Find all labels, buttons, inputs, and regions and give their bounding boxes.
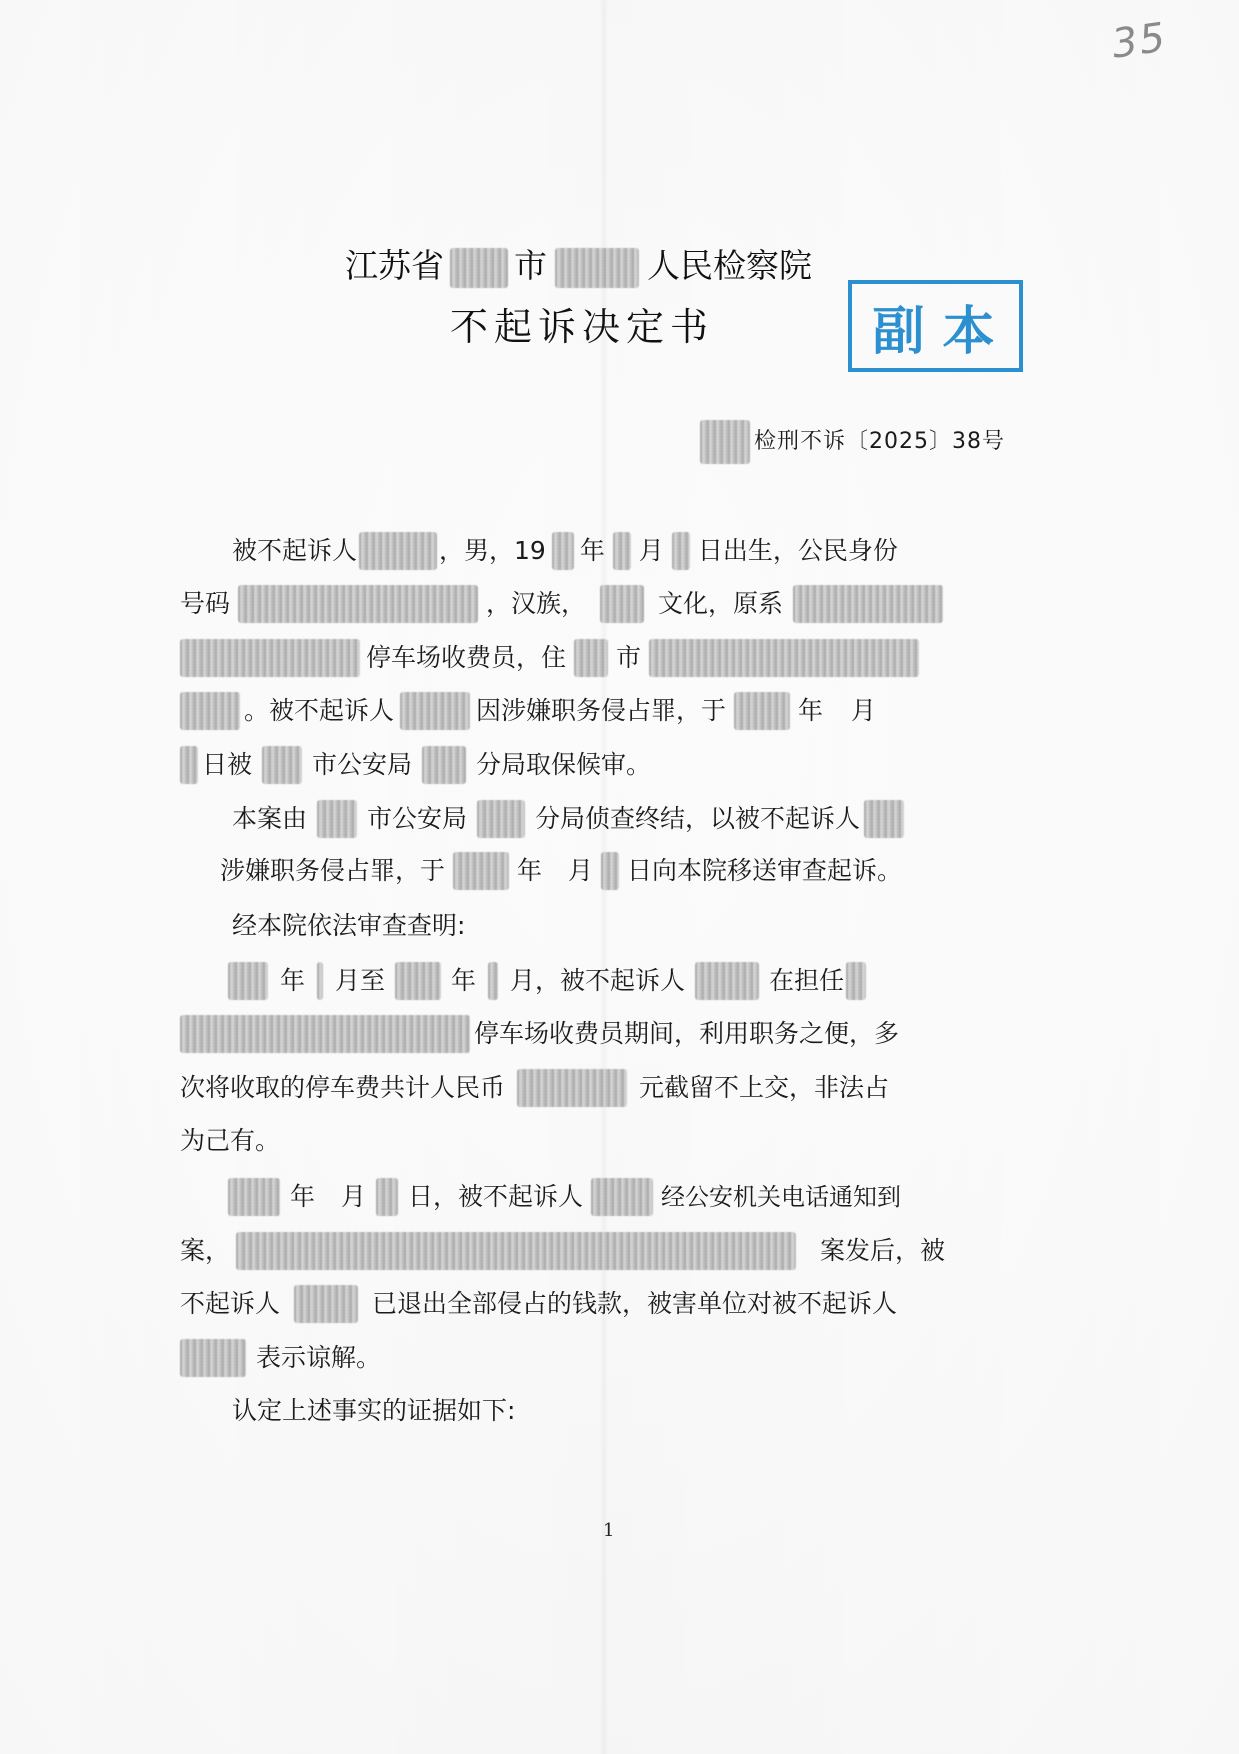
document-number: 检刑不诉〔2025〕38号 [700,420,1005,464]
redacted-name [695,962,759,1000]
redacted-day [601,852,619,890]
redacted-end-year [395,962,441,1000]
handwritten-page-mark: 35 [1109,14,1170,67]
document-title: 不起诉决定书 [450,296,714,351]
text: 分局取保候审。 [476,750,651,779]
body-line-10: 停车场收费员期间，利用职务之便，多 [180,1013,1030,1053]
body-line-2: 号码，汉族，文化，原系 [180,583,1030,623]
city-suffix: 市 [514,246,547,285]
body-line-5: 日被市公安局分局取保候审。 [180,744,1030,784]
body-line-4: 。被不起诉人因涉嫌职务侵占罪，于年月 [180,690,1030,730]
redacted-birth-month [613,532,631,570]
redacted-district [422,746,466,784]
body-line-6: 本案由市公安局分局侦查终结，以被不起诉人 [180,798,1030,838]
body-line-12: 为己有。 [180,1120,1030,1160]
body-line-7: 涉嫌职务侵占罪，于年月日向本院移送审查起诉。 [180,850,1030,890]
redacted-start-month [317,962,323,1000]
redacted-year [228,1178,280,1216]
text: 年 [517,856,542,885]
copy-stamp-label: 副本 [872,289,1012,364]
body-line-8: 经本院依法审查查明: [180,905,1030,945]
text: 经本院依法审查查明: [232,911,465,940]
text: 日向本院移送审查起诉。 [627,856,902,885]
text: 因涉嫌职务侵占罪，于 [476,696,726,725]
body-line-3: 停车场收费员，住市 [180,637,1030,677]
redacted-address [649,639,919,677]
text: 年 [451,966,476,995]
page-number: 1 [603,1520,614,1541]
redacted-residence-city [574,639,608,677]
text: 为己有。 [180,1126,280,1155]
text: 月 [639,536,664,565]
text: 月 [341,1182,366,1211]
text: 停车场收费员期间，利用职务之便，多 [474,1019,899,1048]
redacted-amount [517,1069,627,1107]
text: ，汉族， [486,589,586,618]
redacted-employer [793,585,943,623]
redacted-name [180,1339,246,1377]
redacted-year [734,692,790,730]
text: 表示谅解。 [256,1343,381,1372]
redacted-year [453,852,509,890]
redacted-address-cont [180,692,240,730]
redacted-start-year [228,962,268,1000]
text: 年 [290,1182,315,1211]
text: 案发后，被 [820,1236,945,1265]
redacted-day [376,1178,398,1216]
body-line-16: 表示谅解。 [180,1337,1030,1377]
redacted-employer-cont [180,1015,470,1053]
redacted-education [600,585,644,623]
text: 年 [580,536,605,565]
redacted-birth-year [552,532,574,570]
redacted-birth-day [672,532,690,570]
redacted-name [400,692,470,730]
copy-stamp: 副本 [848,280,1023,372]
text: 被不起诉人 [232,536,357,565]
body-line-15: 不起诉人已退出全部侵占的钱款，被害单位对被不起诉人 [180,1283,1030,1323]
body-line-1: 被不起诉人，男，19年月日出生，公民身份 [180,530,1030,570]
text: 日被 [202,750,252,779]
text: 月 [851,696,876,725]
text: 月至 [335,966,385,995]
redacted-name [864,800,904,838]
text: 号码 [180,589,230,618]
text: 年 [280,966,305,995]
redacted-day [180,746,198,784]
text: 已退出全部侵占的钱款，被害单位对被不起诉人 [372,1289,897,1318]
text: 市 [616,643,641,672]
text: 经公安机关电话通知到 [661,1183,901,1211]
redacted-city [317,800,357,838]
redacted-name [591,1178,653,1216]
text: 市公安局 [367,804,467,833]
text: 。被不起诉人 [244,696,394,725]
body-line-14: 案，案发后，被 [180,1230,1030,1270]
text: 次将收取的停车费共计人民币 [180,1073,505,1102]
document-number-text: 检刑不诉〔2025〕38号 [754,429,1005,454]
text: 分局侦查终结，以被不起诉人 [535,804,860,833]
text: 日出生，公民身份 [698,536,898,565]
body-line-13: 年月日，被不起诉人经公安机关电话通知到 [180,1176,1030,1216]
redacted-name [294,1285,358,1323]
text: 元截留不上交，非法占 [639,1073,889,1102]
body-line-17: 认定上述事实的证据如下: [180,1390,1030,1430]
text: ，男，19 [439,536,546,565]
redacted-surrender-details [236,1232,796,1270]
text: 年 [798,696,823,725]
org-prefix: 江苏省 [345,246,444,285]
text: 在担任 [769,966,844,995]
body-line-9: 年月至年月，被不起诉人在担任 [180,960,1030,1000]
redacted-city [450,248,508,288]
issuing-authority: 江苏省市人民检察院 [345,240,812,288]
text: 案， [180,1236,230,1265]
redacted-employer [846,962,866,1000]
redacted-id-number [238,585,478,623]
redacted-name [359,532,437,570]
body-line-11: 次将收取的停车费共计人民币元截留不上交，非法占 [180,1067,1030,1107]
org-suffix: 人民检察院 [647,246,812,285]
text: 停车场收费员，住 [366,643,566,672]
text: 涉嫌职务侵占罪，于 [220,856,445,885]
text: 本案由 [232,804,307,833]
redacted-employer-cont [180,639,360,677]
redacted-docno-prefix [700,420,750,464]
text: 日，被不起诉人 [408,1182,583,1211]
redacted-district [477,800,525,838]
text: 月，被不起诉人 [510,966,685,995]
redacted-city [262,746,302,784]
text: 认定上述事实的证据如下: [232,1396,515,1425]
text: 文化，原系 [658,589,783,618]
redacted-end-month [488,962,498,1000]
text: 市公安局 [312,750,412,779]
text: 月 [568,856,593,885]
text: 不起诉人 [180,1289,280,1318]
redacted-district [555,248,639,288]
